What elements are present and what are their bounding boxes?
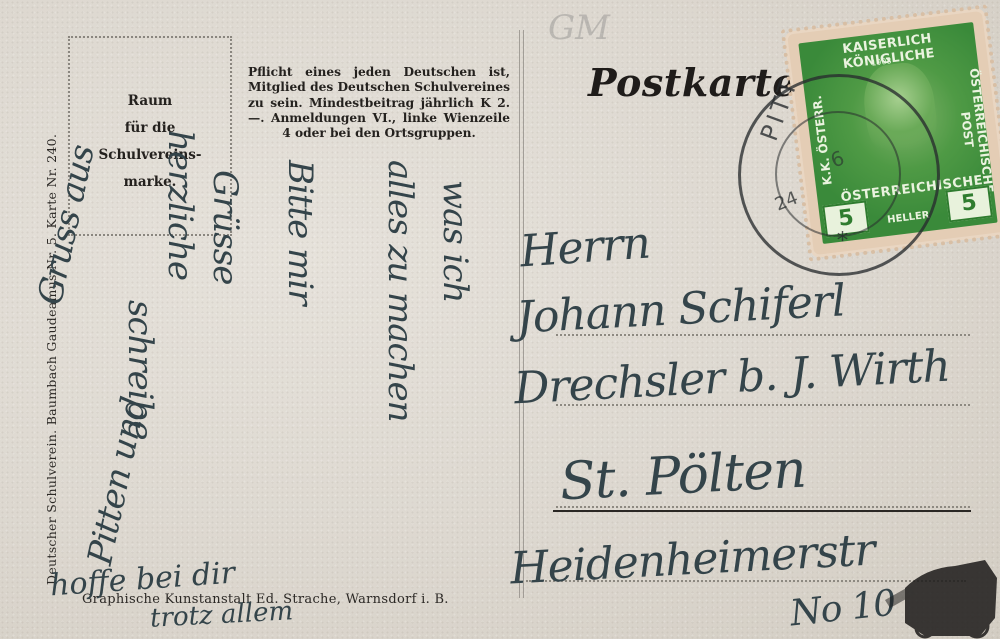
message-line: was ich — [435, 180, 475, 302]
destination-underline — [553, 510, 971, 512]
message-line: schreibe — [120, 300, 160, 440]
pencil-annotation: GM — [548, 8, 610, 48]
membership-notice: Pflicht eines jeden Deutschen ist, Mitgl… — [248, 65, 510, 141]
postcard-back: GM Deutscher Schulverein. Baumbach Gaude… — [0, 0, 1000, 639]
message-line: Bitte mir — [280, 160, 320, 304]
address-salutation: Herrn — [518, 218, 651, 278]
postmark-cancellation: PITT 24 6 * — [738, 74, 940, 276]
stamp-box-line: für die — [70, 115, 230, 142]
message-line: herzliche — [160, 130, 200, 280]
message-line: alles zu machen — [380, 160, 420, 421]
stamp-box-line: Raum — [70, 88, 230, 115]
address-house-number: No 10 — [788, 583, 897, 635]
stagecoach-ink-stamp — [885, 548, 1000, 639]
stamp-value-right: 5 — [945, 185, 993, 222]
stamp-right-text: ÖSTERREICHISCHE POST — [953, 67, 995, 190]
address-street: Heidenheimerstr — [509, 524, 876, 594]
message-closing: trotz allem — [149, 596, 293, 633]
message-line: Grüsse — [205, 170, 245, 284]
address-city: St. Pölten — [559, 440, 807, 513]
postmark-inner-ring — [775, 111, 901, 237]
postmark-star-icon: * — [837, 229, 848, 254]
